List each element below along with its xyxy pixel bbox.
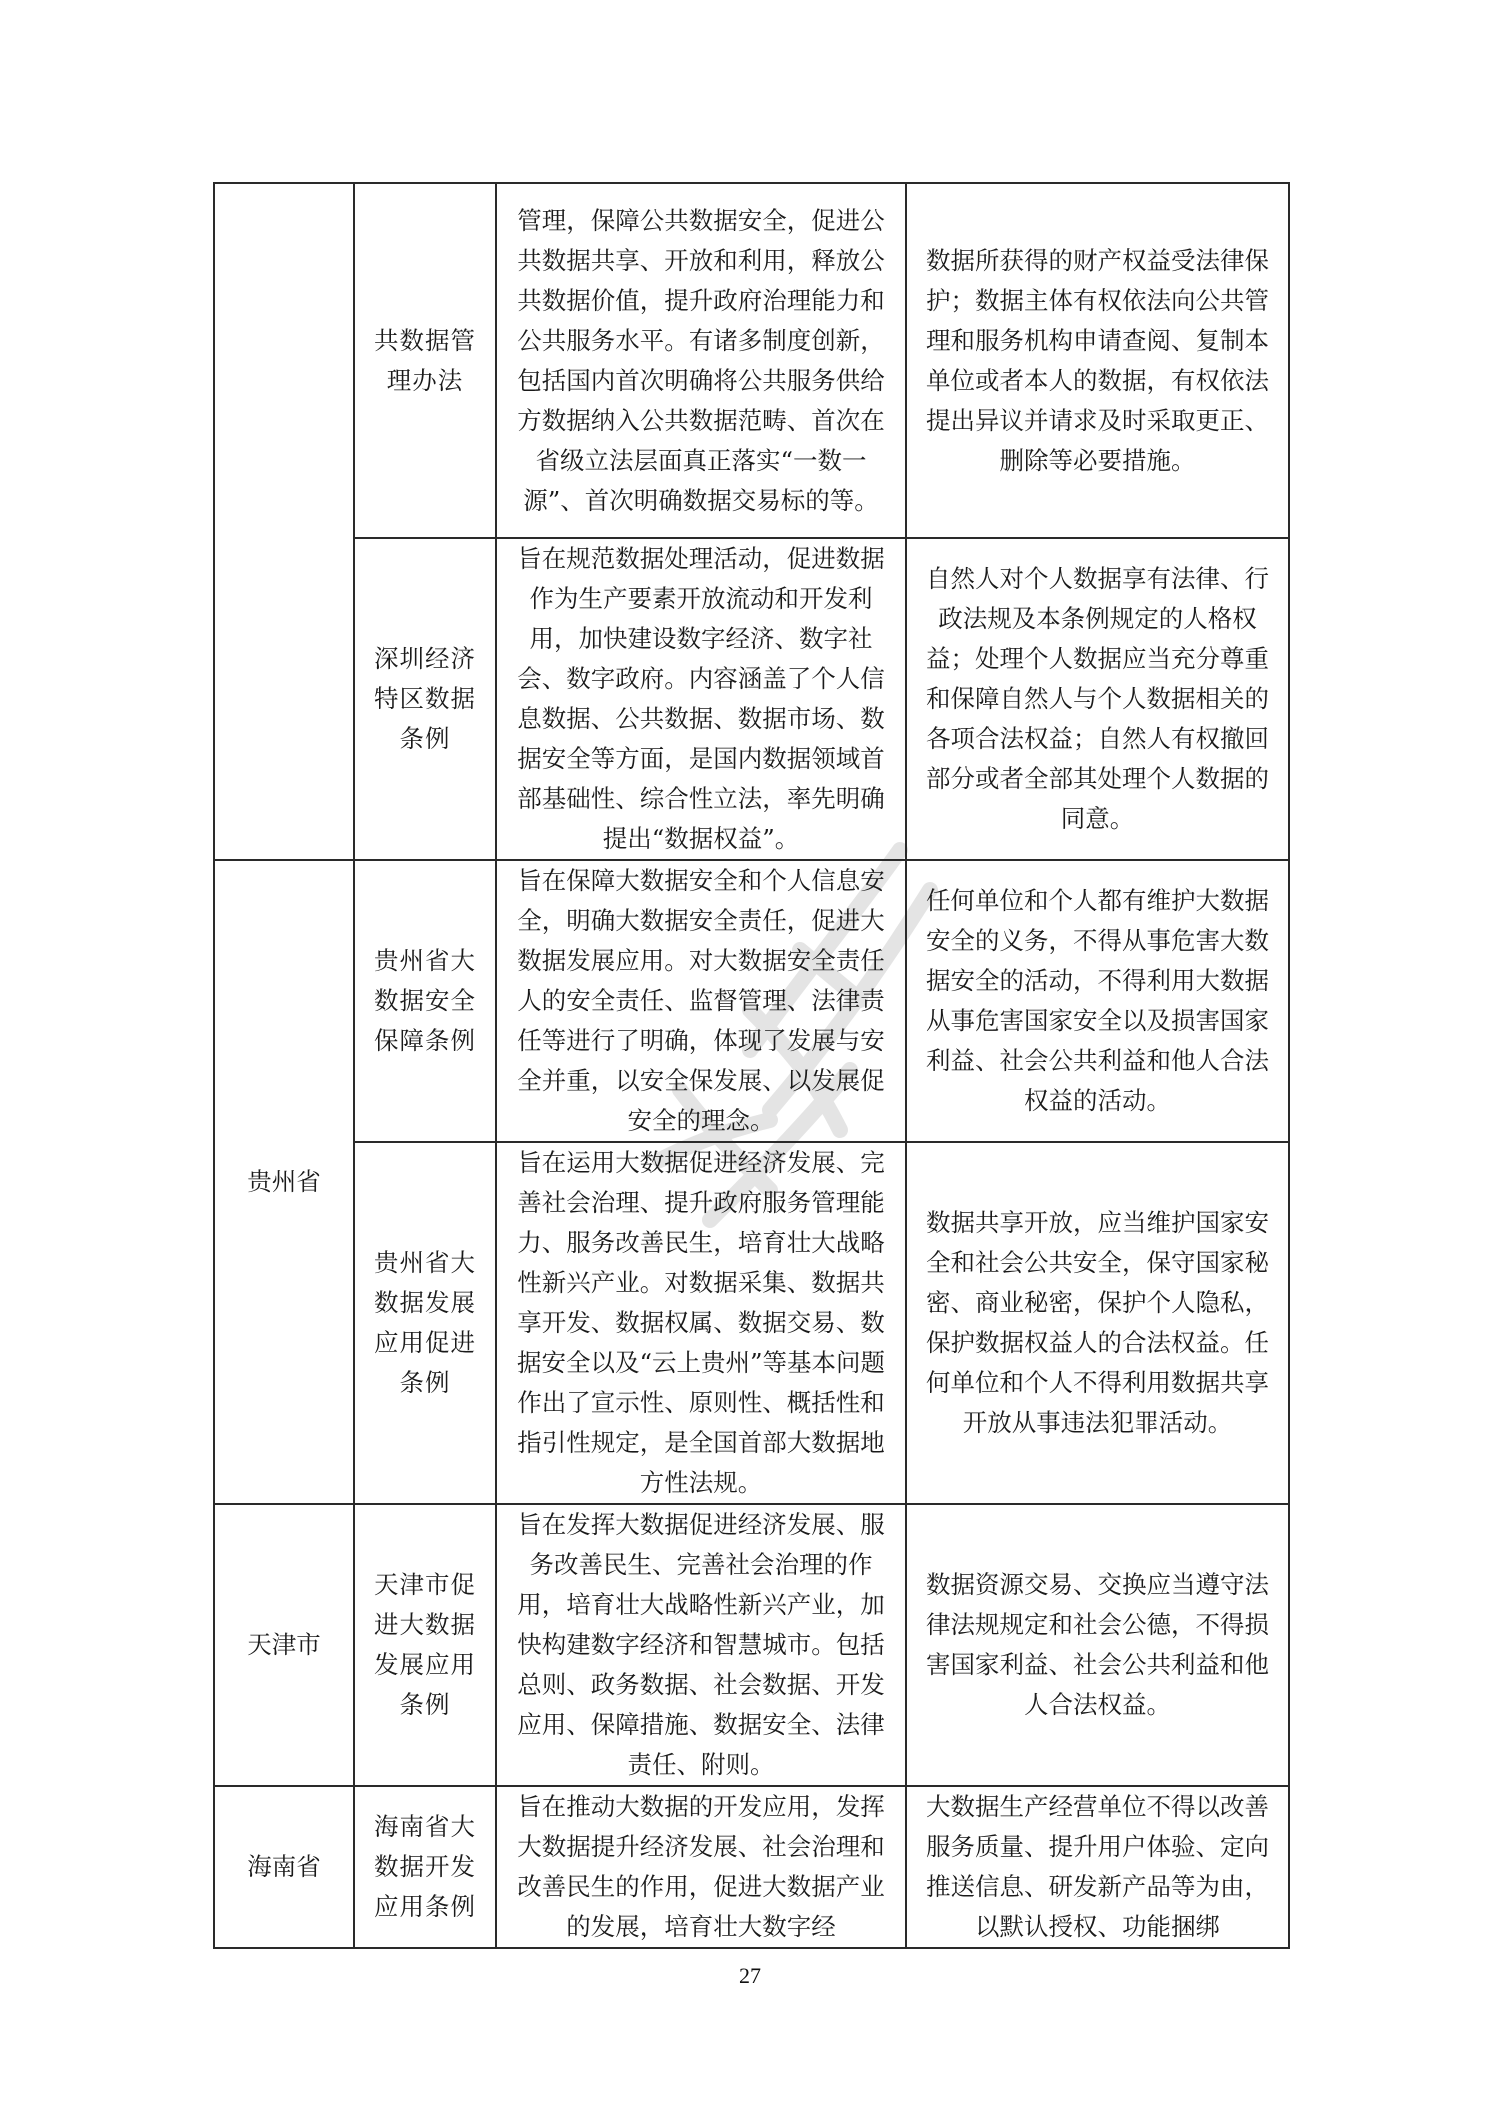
regulation-summary-cell: 旨在保障大数据安全和个人信息安全，明确大数据安全责任，促进大数据发展应用。对大数…: [496, 860, 906, 1142]
data-rights-cell: 数据所获得的财产权益受法律保护；数据主体有权依法向公共管理和服务机构申请查阅、复…: [906, 183, 1289, 538]
regulation-name-cell: 天津市促进大数据发展应用条例: [354, 1504, 496, 1786]
table-row: 贵州省 贵州省大数据安全保障条例 旨在保障大数据安全和个人信息安全，明确大数据安…: [214, 860, 1289, 1142]
regulation-name-cell: 贵州省大数据发展应用促进条例: [354, 1142, 496, 1504]
page-number: 27: [0, 1963, 1500, 1989]
regulation-name-cell: 深圳经济特区数据条例: [354, 538, 496, 860]
table-row: 海南省 海南省大数据开发应用条例 旨在推动大数据的开发应用，发挥大数据提升经济发…: [214, 1786, 1289, 1948]
regulation-name-cell: 共数据管理办法: [354, 183, 496, 538]
table-row: 共数据管理办法 管理，保障公共数据安全，促进公共数据共享、开放和利用，释放公共数…: [214, 183, 1289, 538]
data-rights-cell: 数据共享开放，应当维护国家安全和社会公共安全，保守国家秘密、商业秘密，保护个人隐…: [906, 1142, 1289, 1504]
region-cell: 海南省: [214, 1786, 354, 1948]
document-page: 共数据管理办法 管理，保障公共数据安全，促进公共数据共享、开放和利用，释放公共数…: [0, 0, 1500, 2121]
region-cell: 贵州省: [214, 860, 354, 1504]
regulation-name-cell: 海南省大数据开发应用条例: [354, 1786, 496, 1948]
regulation-summary-cell: 旨在发挥大数据促进经济发展、服务改善民生、完善社会治理的作用，培育壮大战略性新兴…: [496, 1504, 906, 1786]
regulation-summary-cell: 管理，保障公共数据安全，促进公共数据共享、开放和利用，释放公共数据价值，提升政府…: [496, 183, 906, 538]
table-row: 深圳经济特区数据条例 旨在规范数据处理活动，促进数据作为生产要素开放流动和开发利…: [214, 538, 1289, 860]
data-rights-cell: 大数据生产经营单位不得以改善服务质量、提升用户体验、定向推送信息、研发新产品等为…: [906, 1786, 1289, 1948]
regulation-summary-cell: 旨在规范数据处理活动，促进数据作为生产要素开放流动和开发利用，加快建设数字经济、…: [496, 538, 906, 860]
data-rights-cell: 数据资源交易、交换应当遵守法律法规规定和社会公德，不得损害国家利益、社会公共利益…: [906, 1504, 1289, 1786]
region-cell: [214, 183, 354, 860]
table-row: 贵州省大数据发展应用促进条例 旨在运用大数据促进经济发展、完善社会治理、提升政府…: [214, 1142, 1289, 1504]
regulation-summary-cell: 旨在运用大数据促进经济发展、完善社会治理、提升政府服务管理能力、服务改善民生，培…: [496, 1142, 906, 1504]
data-rights-cell: 自然人对个人数据享有法律、行政法规及本条例规定的人格权益；处理个人数据应当充分尊…: [906, 538, 1289, 860]
regulation-summary-cell: 旨在推动大数据的开发应用，发挥大数据提升经济发展、社会治理和改善民生的作用，促进…: [496, 1786, 906, 1948]
table-row: 天津市 天津市促进大数据发展应用条例 旨在发挥大数据促进经济发展、服务改善民生、…: [214, 1504, 1289, 1786]
data-rights-cell: 任何单位和个人都有维护大数据安全的义务，不得从事危害大数据安全的活动，不得利用大…: [906, 860, 1289, 1142]
regulation-name-cell: 贵州省大数据安全保障条例: [354, 860, 496, 1142]
regulations-table: 共数据管理办法 管理，保障公共数据安全，促进公共数据共享、开放和利用，释放公共数…: [213, 182, 1290, 1949]
region-cell: 天津市: [214, 1504, 354, 1786]
